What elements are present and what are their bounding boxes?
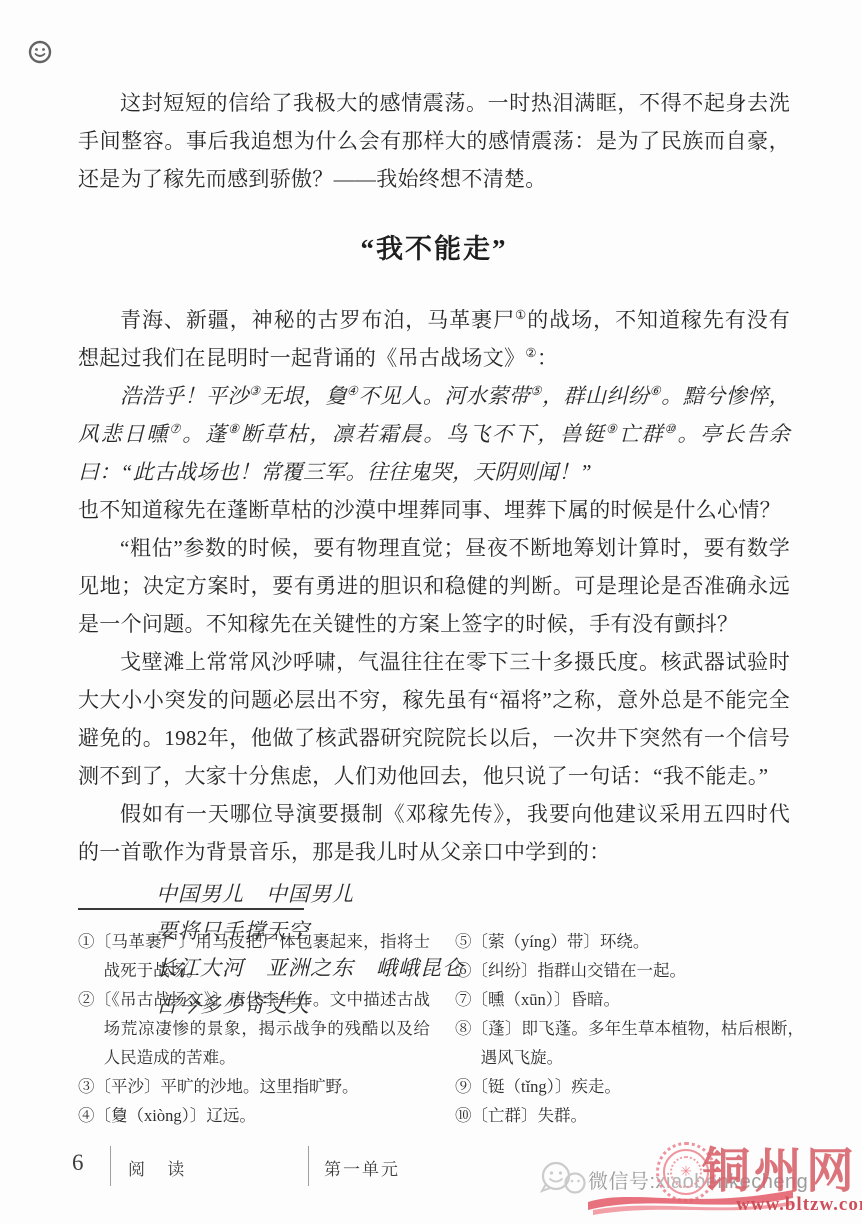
paragraph-letter-emotion: 这封短短的信给了我极大的感情震荡。一时热泪满眶，不得不起身去洗手间整容。事后我追… — [78, 84, 790, 198]
main-text-block: 这封短短的信给了我极大的感情震荡。一时热泪满眶，不得不起身去洗手间整容。事后我追… — [78, 84, 790, 1024]
footnote-6: ⑥〔纠纷〕指群山交错在一起。 — [455, 956, 804, 985]
watermark-cluster: 微信号:xiaobenkecheng ✳ 铜州网 www.bltzw.com — [536, 1136, 862, 1224]
footnote-7: ⑦〔曛（xūn）〕昏暗。 — [455, 985, 804, 1014]
paragraph-qinghai-xinjiang: 青海、新疆，神秘的古罗布泊，马革裹尸①的战场，不知道稼先有没有想起过我们在昆明时… — [78, 301, 790, 377]
footnote-column-right: ⑤〔萦（yíng）带〕环绕。 ⑥〔纠纷〕指群山交错在一起。 ⑦〔曛（xūn）〕昏… — [455, 927, 804, 1130]
paragraph-gobi-desert: 戈壁滩上常常风沙呼啸，气温往往在零下三十多摄氏度。核武器试验时大大小小突发的问题… — [78, 643, 790, 795]
footnote-10: ⑩〔亡群〕失群。 — [455, 1101, 804, 1130]
footnote-column-left: ①〔马革裹尸〕用马皮把尸体包裹起来，指将士战死于战场。 ②〔《吊古战场文》〕唐代… — [78, 927, 430, 1130]
footer-section-label: 阅 读 — [128, 1155, 193, 1180]
wechat-smiley-bubbles-icon — [538, 1158, 590, 1200]
smiley-face-icon — [28, 40, 52, 64]
footer-divider — [110, 1146, 111, 1186]
paragraph-burial-feeling: 也不知道稼先在蓬断草枯的沙漠中埋葬同事、埋葬下属的时候是什么心情？ — [78, 491, 790, 529]
textbook-page: 这封短短的信给了我极大的感情震荡。一时热泪满眶，不得不起身去洗手间整容。事后我追… — [0, 0, 862, 1224]
footnote-1: ①〔马革裹尸〕用马皮把尸体包裹起来，指将士战死于战场。 — [78, 927, 430, 985]
footnote-separator-rule — [78, 908, 304, 910]
footnote-8: ⑧〔蓬〕即飞蓬。多年生草本植物，枯后根断，遇风飞旋。 — [455, 1014, 804, 1072]
footnote-4: ④〔敻（xiòng）〕辽远。 — [78, 1101, 430, 1130]
classical-quote-diaogu-zhanchangwen: 浩浩乎！平沙③无垠，敻④不见人。河水萦带⑤，群山纠纷⑥。黯兮惨悴，风悲日曛⑦。蓬… — [78, 377, 790, 491]
site-name-watermark: 铜州网 — [702, 1132, 858, 1201]
footnote-9: ⑨〔铤（tǐng）〕疾走。 — [455, 1072, 804, 1101]
site-url-watermark: www.bltzw.com — [736, 1194, 862, 1216]
footer-unit-label: 第一单元 — [324, 1155, 400, 1180]
section-title: “我不能走” — [78, 227, 790, 266]
paragraph-rough-estimate: “粗估”参数的时候，要有物理直觉；昼夜不断地筹划计算时，要有数学见地；决定方案时… — [78, 529, 790, 643]
paragraph-film-suggestion: 假如有一天哪位导演要摄制《邓稼先传》，我要向他建议采用五四时代的一首歌作为背景音… — [78, 795, 790, 871]
footnote-3: ③〔平沙〕平旷的沙地。这里指旷野。 — [78, 1072, 430, 1101]
footnotes-block: ①〔马革裹尸〕用马皮把尸体包裹起来，指将士战死于战场。 ②〔《吊古战场文》〕唐代… — [78, 908, 804, 1130]
page-number: 6 — [72, 1150, 84, 1176]
footnote-5: ⑤〔萦（yíng）带〕环绕。 — [455, 927, 804, 956]
footnote-2: ②〔《吊古战场文》〕唐代李华作。文中描述古战场荒凉凄惨的景象，揭示战争的残酷以及… — [78, 985, 430, 1072]
footer-divider — [308, 1146, 309, 1186]
